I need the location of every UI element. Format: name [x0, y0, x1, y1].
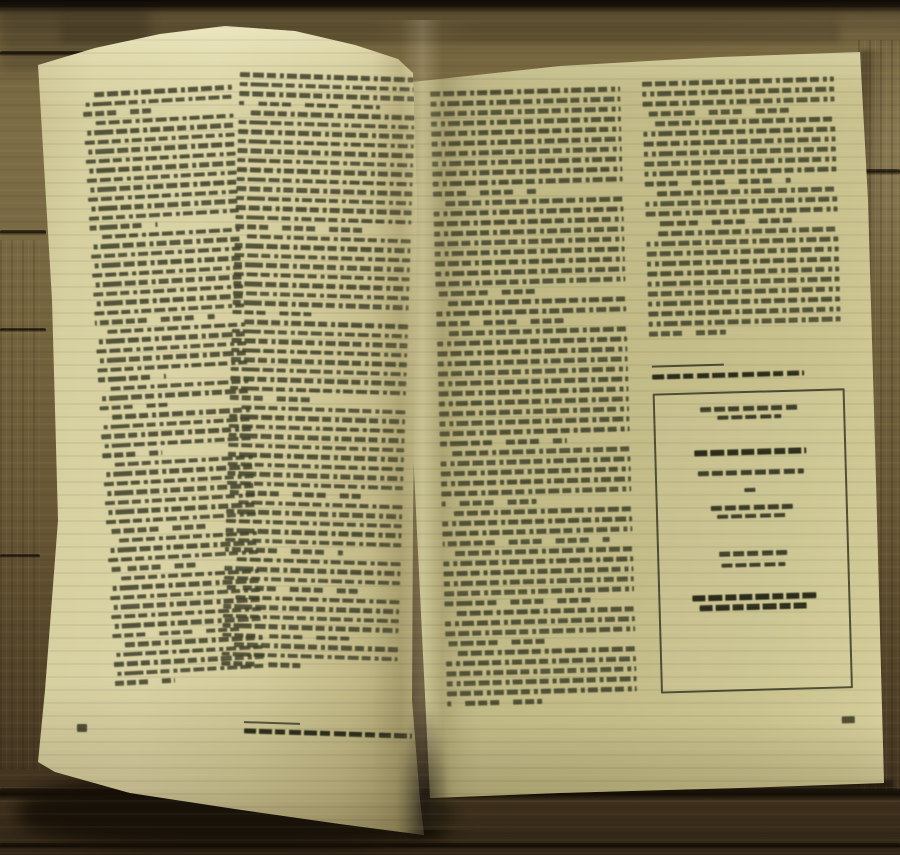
- text-line: [642, 96, 834, 106]
- left-footnote-line: [244, 728, 412, 738]
- text-line: [441, 476, 631, 486]
- text-line: [644, 136, 836, 146]
- text-line: [223, 604, 399, 614]
- right-page-number: [842, 716, 855, 723]
- text-line: [225, 547, 343, 555]
- text-line: [434, 216, 624, 226]
- text-line: [438, 356, 628, 366]
- text-line: [435, 266, 625, 276]
- text-line: [232, 309, 311, 316]
- paragraph: [437, 326, 630, 446]
- left-page-column-2: [221, 72, 416, 676]
- right-page: [400, 40, 895, 810]
- text-line: [238, 129, 414, 139]
- text-line: [89, 222, 157, 230]
- text-line: [241, 405, 405, 415]
- text-line: [432, 136, 622, 146]
- text-line: [234, 271, 410, 281]
- text-line: [238, 500, 402, 510]
- text-line: [231, 366, 407, 376]
- text-line: [230, 385, 406, 395]
- text-line: [647, 276, 839, 286]
- text-line: [435, 246, 625, 256]
- paragraph: [436, 296, 627, 326]
- text-line: [433, 189, 538, 196]
- text-line: [440, 426, 630, 436]
- advertisement-box: [653, 388, 853, 693]
- text-line: [441, 486, 631, 496]
- text-line: [431, 106, 621, 116]
- text-line: [240, 81, 416, 91]
- text-line: [232, 328, 408, 338]
- text-line: [226, 528, 402, 538]
- text-line: [646, 236, 838, 246]
- text-line: [222, 651, 398, 661]
- text-line: [115, 678, 175, 686]
- text-line: [642, 86, 834, 96]
- right-footnote-line: [652, 370, 804, 379]
- paragraph: [430, 86, 623, 196]
- text-line: [438, 386, 628, 396]
- left-page: [30, 15, 435, 845]
- text-line: [225, 537, 401, 547]
- paragraph: [98, 379, 249, 411]
- text-line: [230, 395, 318, 402]
- text-line: [236, 205, 412, 215]
- text-line: [236, 195, 412, 205]
- gutter-bottom-shadow: [398, 700, 450, 840]
- paragraph: [239, 72, 416, 111]
- text-line: [643, 108, 797, 117]
- text-line: [642, 76, 834, 86]
- text-line: [430, 86, 620, 96]
- text-line: [106, 523, 214, 534]
- paragraph: [646, 226, 841, 336]
- paragraph: [227, 404, 406, 499]
- text-line: [439, 416, 629, 426]
- text-line: [234, 642, 398, 652]
- paragraph: [442, 506, 633, 546]
- text-line: [431, 116, 621, 126]
- text-line: [437, 318, 564, 326]
- wood-plank-seam: [0, 230, 46, 235]
- text-line: [435, 256, 625, 266]
- text-line: [247, 234, 411, 244]
- text-line: [432, 156, 622, 166]
- paragraph: [90, 227, 245, 325]
- paragraph: [84, 113, 240, 230]
- paragraph: [224, 556, 401, 595]
- text-line: [430, 96, 620, 106]
- paragraph: [221, 642, 398, 671]
- text-line: [444, 566, 634, 576]
- text-line: [235, 224, 376, 233]
- text-line: [445, 638, 555, 646]
- text-line: [447, 686, 637, 696]
- text-line: [446, 666, 636, 676]
- text-line: [102, 450, 162, 458]
- paragraph: [643, 116, 837, 186]
- text-line: [237, 167, 413, 177]
- text-line: [100, 402, 168, 410]
- text-line: [436, 289, 546, 297]
- paragraph: [446, 646, 637, 706]
- text-line: [235, 214, 411, 224]
- paragraph: [225, 499, 403, 557]
- right-page-column-1: [430, 86, 637, 711]
- text-line: [437, 346, 627, 356]
- text-line: [646, 206, 838, 216]
- text-line: [229, 414, 405, 424]
- text-line: [657, 186, 837, 196]
- paragraph: [230, 319, 408, 405]
- ad-box-bold-line: [694, 447, 807, 456]
- text-line: [445, 626, 635, 636]
- text-line: [227, 480, 403, 490]
- text-line: [432, 166, 622, 176]
- text-line: [448, 296, 626, 305]
- text-line: [228, 461, 404, 471]
- text-line: [234, 243, 410, 253]
- text-line: [435, 276, 625, 286]
- text-line: [645, 196, 837, 206]
- text-line: [644, 156, 836, 166]
- text-line: [237, 157, 413, 167]
- text-line: [239, 100, 380, 109]
- text-line: [434, 226, 624, 236]
- text-line: [98, 374, 166, 382]
- ad-box-bold-line: [700, 602, 809, 611]
- right-page-column-2: [642, 76, 841, 341]
- paragraph: [232, 233, 410, 319]
- text-line: [239, 91, 415, 101]
- text-line: [643, 126, 835, 136]
- text-line: [226, 518, 402, 528]
- text-line: [644, 146, 836, 156]
- wood-grain-left: [0, 240, 42, 770]
- text-line: [224, 585, 358, 594]
- text-line: [440, 438, 567, 446]
- text-line: [445, 196, 623, 205]
- text-line: [442, 516, 632, 526]
- text-line: [432, 146, 622, 156]
- text-line: [233, 290, 409, 300]
- text-line: [442, 499, 537, 506]
- text-line: [437, 336, 627, 346]
- text-line: [251, 110, 415, 120]
- ad-box-line: [698, 468, 803, 475]
- text-line: [658, 226, 838, 236]
- text-line: [436, 306, 626, 316]
- paragraph: [445, 606, 636, 646]
- text-line: [244, 319, 408, 329]
- ad-box-line: [717, 414, 781, 420]
- ad-box-line: [710, 504, 793, 511]
- text-line: [227, 471, 403, 481]
- text-line: [449, 326, 627, 335]
- text-line: [443, 556, 633, 566]
- text-line: [644, 166, 836, 176]
- text-line: [223, 613, 399, 623]
- left-page-number: [77, 724, 87, 732]
- text-line: [228, 452, 404, 462]
- text-line: [648, 286, 840, 296]
- text-line: [235, 595, 399, 605]
- text-line: [233, 300, 409, 310]
- text-line: [240, 72, 416, 82]
- text-line: [447, 699, 542, 706]
- left-footnote-rule: [244, 721, 300, 724]
- text-line: [434, 236, 624, 246]
- text-line: [454, 506, 632, 515]
- text-line: [647, 246, 839, 256]
- ad-box-bold-line: [692, 592, 816, 601]
- photo-scene: [0, 0, 900, 855]
- text-line: [237, 176, 413, 186]
- text-line: [234, 262, 410, 272]
- ad-box-line: [700, 405, 798, 412]
- text-line: [226, 509, 402, 519]
- paragraph: [642, 76, 835, 116]
- text-line: [221, 661, 300, 668]
- right-page-content: [420, 75, 900, 803]
- text-line: [646, 218, 792, 227]
- text-line: [433, 206, 623, 216]
- text-line: [223, 623, 399, 633]
- text-line: [443, 537, 610, 546]
- text-line: [649, 316, 841, 326]
- text-line: [237, 557, 401, 567]
- text-line: [438, 376, 628, 386]
- ad-box-line: [719, 550, 787, 556]
- text-line: [648, 296, 840, 306]
- ad-box-line: [717, 512, 787, 518]
- paragraph: [235, 110, 415, 234]
- text-line: [457, 606, 635, 615]
- text-line: [439, 406, 629, 416]
- text-line: [444, 576, 634, 586]
- ad-box-line: [745, 487, 758, 492]
- text-line: [238, 119, 414, 129]
- text-line: [234, 252, 410, 262]
- text-line: [83, 108, 151, 116]
- text-line: [647, 266, 839, 276]
- text-line: [439, 396, 629, 406]
- text-line: [445, 616, 635, 626]
- paragraph: [443, 546, 634, 606]
- text-line: [431, 126, 621, 136]
- text-line: [229, 423, 405, 433]
- text-line: [237, 148, 413, 158]
- text-line: [442, 526, 632, 536]
- paragraph: [645, 186, 838, 226]
- text-line: [444, 586, 634, 596]
- text-line: [655, 116, 835, 126]
- text-line: [455, 546, 633, 555]
- text-line: [232, 338, 408, 348]
- text-line: [224, 566, 400, 576]
- text-line: [647, 256, 839, 266]
- text-line: [441, 466, 631, 476]
- right-footnote-rule: [652, 364, 724, 368]
- text-line: [224, 575, 400, 585]
- text-line: [648, 306, 840, 316]
- text-line: [452, 446, 630, 455]
- text-line: [645, 178, 791, 187]
- text-line: [433, 176, 623, 186]
- text-line: [447, 676, 637, 686]
- text-line: [231, 347, 407, 357]
- text-line: [458, 646, 636, 655]
- text-line: [231, 357, 407, 367]
- text-line: [446, 656, 636, 666]
- text-line: [444, 597, 604, 606]
- paragraph: [222, 594, 399, 642]
- paragraph: [433, 196, 626, 296]
- paragraph: [440, 446, 631, 506]
- text-line: [233, 281, 409, 291]
- text-line: [222, 632, 349, 640]
- text-line: [649, 330, 726, 337]
- text-line: [229, 433, 405, 443]
- text-line: [227, 490, 361, 499]
- text-line: [109, 562, 196, 571]
- text-line: [228, 442, 404, 452]
- paragraph: [82, 85, 233, 117]
- text-line: [438, 366, 628, 376]
- paragraph: [95, 322, 248, 382]
- text-line: [440, 456, 630, 466]
- text-line: [238, 138, 414, 148]
- text-line: [236, 186, 412, 196]
- text-line: [230, 376, 406, 386]
- ad-box-line: [721, 561, 785, 567]
